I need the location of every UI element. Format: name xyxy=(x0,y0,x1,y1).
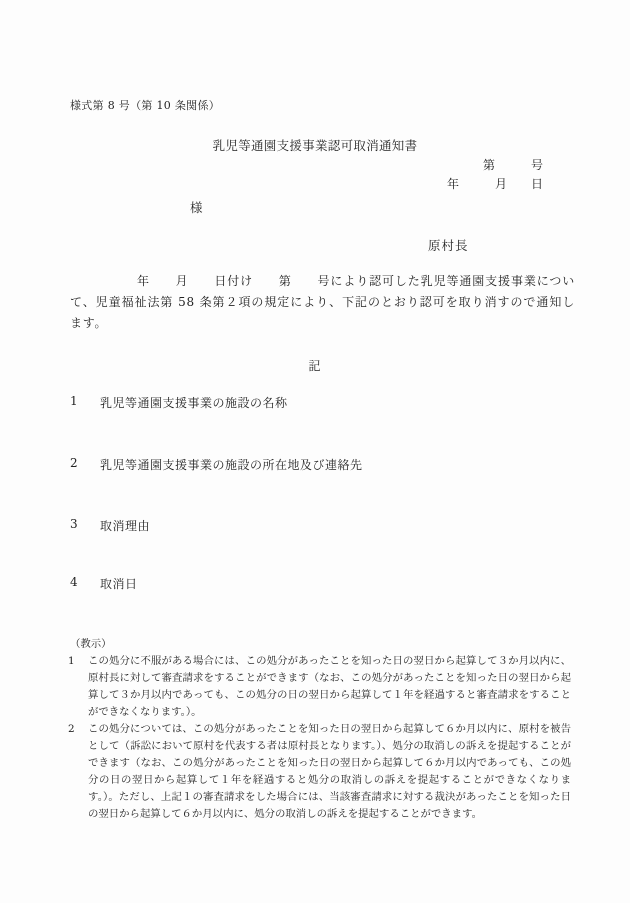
item-label: 乳児等通園支援事業の施設の所在地及び連絡先 xyxy=(100,456,363,473)
item-label: 取消理由 xyxy=(100,517,150,534)
item-number: 1 xyxy=(70,394,100,411)
note-text: この処分については、この処分があったことを知った日の翌日から起算して６か月以内に… xyxy=(88,721,571,823)
document-page: 様式第 8 号（第 10 条関係） 乳児等通園支援事業認可取消通知書 第 号 年… xyxy=(0,0,630,903)
item-cancellation-reason: 3 取消理由 xyxy=(70,517,150,534)
note-number: 1 xyxy=(68,653,88,721)
item-number: 3 xyxy=(70,517,100,534)
note-number: 2 xyxy=(68,721,88,823)
instruction-note-2: 2 この処分については、この処分があったことを知った日の翌日から起算して６か月以… xyxy=(68,721,571,823)
instructions-heading: （教示） xyxy=(68,636,571,653)
addressee-honorific: 様 xyxy=(190,198,203,216)
item-facility-address: 2 乳児等通園支援事業の施設の所在地及び連絡先 xyxy=(70,456,363,473)
item-label: 取消日 xyxy=(100,575,138,592)
document-title: 乳児等通園支援事業認可取消通知書 xyxy=(0,136,630,154)
item-facility-name: 1 乳児等通園支援事業の施設の名称 xyxy=(70,394,288,411)
sender-name: 原村長 xyxy=(428,236,469,254)
item-number: 4 xyxy=(70,575,100,592)
note-text: この処分に不服がある場合には、この処分があったことを知った日の翌日から起算して３… xyxy=(88,653,571,721)
record-heading: 記 xyxy=(0,357,630,374)
form-number: 様式第 8 号（第 10 条関係） xyxy=(70,97,220,113)
body-paragraph: 年 月 日付け 第 号により認可した乳児等通園支援事業について、児童福祉法第 5… xyxy=(70,271,575,334)
instruction-note-1: 1 この処分に不服がある場合には、この処分があったことを知った日の翌日から起算し… xyxy=(68,653,571,721)
instructions-section: （教示） 1 この処分に不服がある場合には、この処分があったことを知った日の翌日… xyxy=(68,636,571,823)
item-label: 乳児等通園支援事業の施設の名称 xyxy=(100,394,288,411)
document-number-line: 第 号 xyxy=(483,156,543,173)
item-cancellation-date: 4 取消日 xyxy=(70,575,138,592)
item-number: 2 xyxy=(70,456,100,473)
document-date-line: 年 月 日 xyxy=(447,175,543,192)
